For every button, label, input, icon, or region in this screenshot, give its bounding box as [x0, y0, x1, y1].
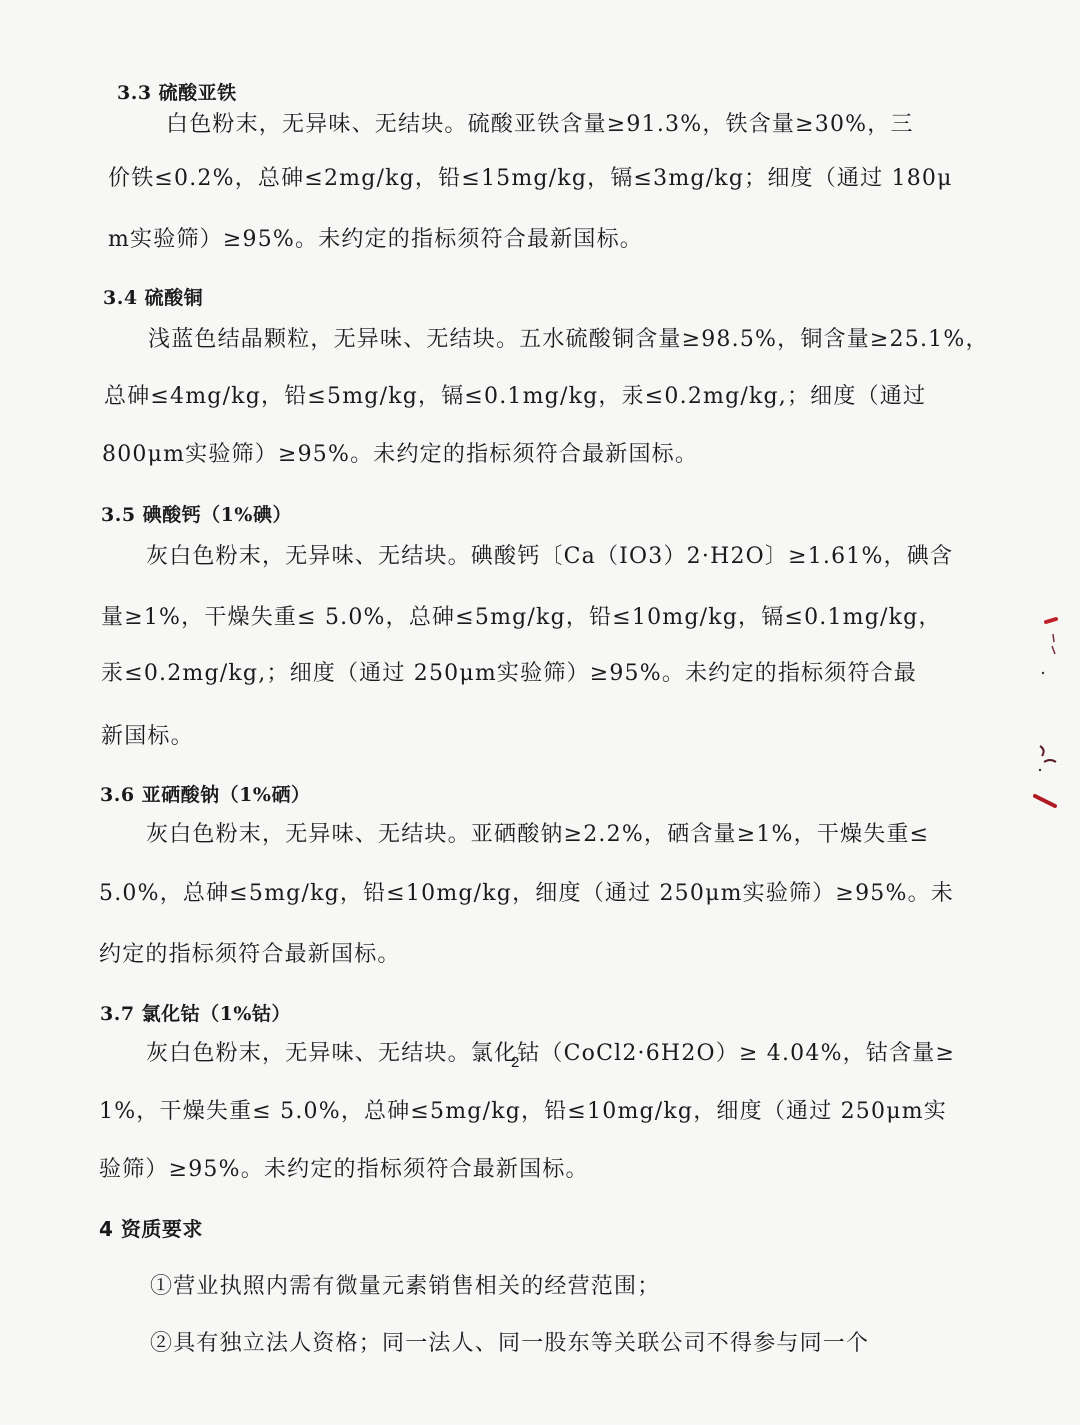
- section-heading-3-3: 3.3 硫酸亚铁: [117, 78, 237, 108]
- section-heading-4: 4 资质要求: [99, 1214, 203, 1244]
- paragraph-line: 灰白色粉末，无异味、无结块。氯化钴（CoCl2·6H2O）≥ 4.04%，钴含量…: [146, 1039, 955, 1069]
- paragraph-line: 验筛）≥95%。未约定的指标须符合最新国标。: [99, 1155, 589, 1185]
- section-heading-3-5: 3.5 碘酸钙（1%碘）: [101, 500, 292, 530]
- seal-stamp-edge-icon: [1010, 600, 1070, 820]
- paragraph-line: 灰白色粉末，无异味、无结块。碘酸钙〔Ca（IO3）2·H2O〕≥1.61%，碘含: [146, 542, 953, 572]
- section-heading-3-7: 3.7 氯化钴（1%钴）: [100, 999, 291, 1029]
- paragraph-line: 约定的指标须符合最新国标。: [99, 940, 401, 970]
- paragraph-line: 浅蓝色结晶颗粒，无异味、无结块。五水硫酸铜含量≥98.5%，铜含量≥25.1%，: [148, 325, 989, 355]
- paragraph-line: 量≥1%，干燥失重≤ 5.0%，总砷≤5mg/kg，铅≤10mg/kg，镉≤0.…: [101, 603, 942, 633]
- paragraph-line: 1%，干燥失重≤ 5.0%，总砷≤5mg/kg，铅≤10mg/kg，细度（通过 …: [99, 1097, 947, 1127]
- document-page: 3.3 硫酸亚铁 白色粉末，无异味、无结块。硫酸亚铁含量≥91.3%，铁含量≥3…: [0, 0, 1080, 1425]
- paragraph-line: 5.0%，总砷≤5mg/kg，铅≤10mg/kg，细度（通过 250μm实验筛）…: [99, 879, 954, 909]
- section-heading-3-6: 3.6 亚硒酸钠（1%硒）: [100, 780, 310, 810]
- section-heading-3-4: 3.4 硫酸铜: [103, 283, 203, 313]
- list-item: ②具有独立法人资格；同一法人、同一股东等关联公司不得参与同一个: [150, 1329, 869, 1359]
- paragraph-line: 灰白色粉末，无异味、无结块。亚硒酸钠≥2.2%，硒含量≥1%，干燥失重≤: [146, 820, 929, 850]
- paragraph-line: 总砷≤4mg/kg，铅≤5mg/kg，镉≤0.1mg/kg，汞≤0.2mg/kg…: [104, 382, 926, 412]
- paragraph-line: 价铁≤0.2%，总砷≤2mg/kg，铅≤15mg/kg，镉≤3mg/kg；细度（…: [108, 164, 953, 194]
- page-number: 2: [511, 1054, 519, 1071]
- paragraph-line: 汞≤0.2mg/kg,；细度（通过 250μm实验筛）≥95%。未约定的指标须符…: [101, 659, 917, 689]
- paragraph-line: 800μm实验筛）≥95%。未约定的指标须符合最新国标。: [102, 440, 698, 470]
- paragraph-line: m实验筛）≥95%。未约定的指标须符合最新国标。: [108, 225, 643, 255]
- paragraph-line: 新国标。: [101, 722, 194, 752]
- paragraph-line: 白色粉末，无异味、无结块。硫酸亚铁含量≥91.3%，铁含量≥30%，三: [166, 110, 914, 140]
- list-item: ①营业执照内需有微量元素销售相关的经营范围；: [150, 1272, 660, 1302]
